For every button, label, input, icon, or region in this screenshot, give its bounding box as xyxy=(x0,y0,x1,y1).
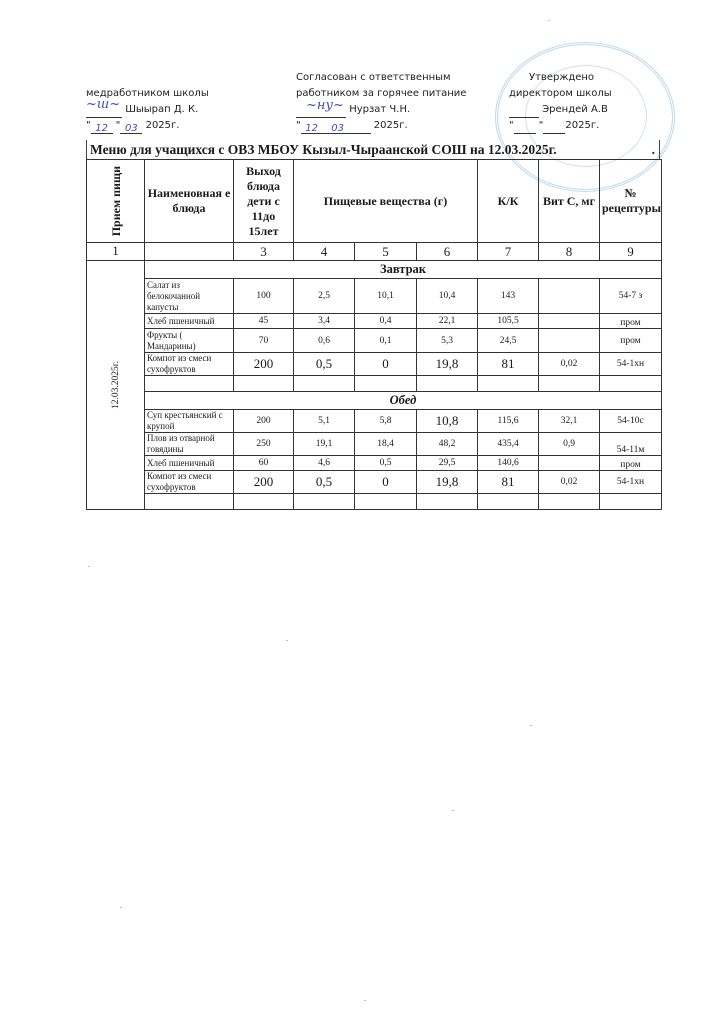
empty-cell xyxy=(234,494,294,510)
cell-fat: 0,1 xyxy=(355,329,417,353)
cell-vitamin-c: 0,02 xyxy=(539,353,600,376)
table-row: Фрукты ( Мандарины)700,60,15,324,5пром xyxy=(87,329,662,353)
cell-dish-name: Компот из смеси сухофруктов xyxy=(145,353,234,376)
header-kk: К/К xyxy=(478,160,539,243)
signature-medic: ~ш~ xyxy=(86,97,120,112)
header-dish: Наименовная е блюда xyxy=(145,160,234,243)
cell-dish-name: Компот из смеси сухофруктов xyxy=(145,471,234,494)
cell-kcal: 140,6 xyxy=(478,456,539,471)
cell-fat: 18,4 xyxy=(355,433,417,456)
cell-protein: 0,5 xyxy=(294,353,355,376)
section-row: 12.03.2025г.Завтрак xyxy=(87,261,662,279)
empty-cell xyxy=(600,494,662,510)
date-label: 12.03.2025г. xyxy=(111,361,121,409)
approval-medic-name: Шыырап Д. К. xyxy=(125,104,198,115)
approval-medic-year: 2025г. xyxy=(146,120,180,131)
cell-recipe-number: 54-10с xyxy=(600,410,662,433)
approval-director-year: 2025г. xyxy=(565,120,599,131)
empty-cell xyxy=(539,376,600,392)
cell-carbs: 19,8 xyxy=(417,471,478,494)
empty-cell xyxy=(355,494,417,510)
cell-dish-name: Плов из отварной говядины xyxy=(145,433,234,456)
cell-recipe-number: 54-1хн xyxy=(600,471,662,494)
cell-carbs: 19,8 xyxy=(417,353,478,376)
empty-cell xyxy=(478,494,539,510)
empty-cell xyxy=(417,376,478,392)
cell-protein: 19,1 xyxy=(294,433,355,456)
approval-hot-food-year: 2025г. xyxy=(374,120,408,131)
empty-cell xyxy=(145,494,234,510)
empty-cell xyxy=(145,376,234,392)
empty-cell xyxy=(600,376,662,392)
column-number-row: 1 3 4 5 6 7 8 9 xyxy=(87,243,662,261)
cell-fat: 0,5 xyxy=(355,456,417,471)
signature-line xyxy=(353,121,371,134)
cell-portion: 250 xyxy=(234,433,294,456)
cell-recipe-number: 54-7 з xyxy=(600,279,662,314)
approval-hot-food-heading: Согласован с ответственным xyxy=(296,70,466,86)
colnum xyxy=(145,243,234,261)
menu-table-body: 1 3 4 5 6 7 8 9 12.03.2025г.ЗавтракСалат… xyxy=(87,243,662,510)
cell-portion: 200 xyxy=(234,471,294,494)
cell-vitamin-c: 0,02 xyxy=(539,471,600,494)
cell-vitamin-c xyxy=(539,314,600,329)
empty-row xyxy=(87,376,662,392)
menu-title-text: Меню для учащихся с ОВЗ МБОУ Кызыл-Чыраа… xyxy=(90,142,557,157)
colnum: 5 xyxy=(355,243,417,261)
cell-portion: 100 xyxy=(234,279,294,314)
cell-fat: 5,8 xyxy=(355,410,417,433)
header-recipe: № рецептуры xyxy=(600,160,662,243)
cell-fat: 0 xyxy=(355,471,417,494)
header-vitc: Вит С, мг xyxy=(539,160,600,243)
empty-cell xyxy=(294,376,355,392)
cell-carbs: 10,8 xyxy=(417,410,478,433)
cell-kcal: 435,4 xyxy=(478,433,539,456)
cell-protein: 3,4 xyxy=(294,314,355,329)
cell-dish-name: Салат из белокочанной капусты xyxy=(145,279,234,314)
cell-vitamin-c xyxy=(539,329,600,353)
approval-director-role: директором школы xyxy=(509,86,612,102)
cell-carbs: 22,1 xyxy=(417,314,478,329)
section-title: Обед xyxy=(145,392,662,410)
signature-line xyxy=(509,105,539,118)
cell-recipe-number: пром xyxy=(600,329,662,353)
approval-hot-food-day: 12 xyxy=(301,121,323,134)
cell-portion: 60 xyxy=(234,456,294,471)
cell-recipe-number: пром xyxy=(600,456,662,471)
approval-medic-month: 03 xyxy=(120,121,142,134)
table-row: Хлеб пшеничный604,60,529,5140,6пром xyxy=(87,456,662,471)
approval-medic-day: 12 xyxy=(91,121,113,134)
cell-vitamin-c: 32,1 xyxy=(539,410,600,433)
colnum: 9 xyxy=(600,243,662,261)
empty-cell xyxy=(417,494,478,510)
header-portion: Выход блюда дети с 11до 15лет xyxy=(234,160,294,243)
table-row: Плов из отварной говядины25019,118,448,2… xyxy=(87,433,662,456)
table-row: Компот из смеси сухофруктов2000,5019,881… xyxy=(87,471,662,494)
menu-title-dot: . xyxy=(652,140,655,159)
cell-portion: 70 xyxy=(234,329,294,353)
colnum: 4 xyxy=(294,243,355,261)
cell-protein: 5,1 xyxy=(294,410,355,433)
cell-kcal: 115,6 xyxy=(478,410,539,433)
cell-vitamin-c xyxy=(539,279,600,314)
header-meal: Прием пищи xyxy=(87,160,145,243)
menu-table: Прием пищи Наименовная е блюда Выход блю… xyxy=(86,159,662,510)
cell-portion: 200 xyxy=(234,410,294,433)
cell-dish-name: Фрукты ( Мандарины) xyxy=(145,329,234,353)
cell-kcal: 105,5 xyxy=(478,314,539,329)
cell-vitamin-c xyxy=(539,456,600,471)
cell-dish-name: Хлеб пшеничный xyxy=(145,456,234,471)
cell-recipe-number: пром xyxy=(600,314,662,329)
empty-cell xyxy=(294,494,355,510)
approval-director-name: Эрендей А.В xyxy=(542,104,608,115)
table-row: Хлеб пшеничный453,40,422,1105,5пром xyxy=(87,314,662,329)
cell-recipe-number: 54-1хн xyxy=(600,353,662,376)
empty-cell xyxy=(539,494,600,510)
colnum: 6 xyxy=(417,243,478,261)
cell-carbs: 29,5 xyxy=(417,456,478,471)
table-row: Суп крестьянский с крупой2005,15,810,811… xyxy=(87,410,662,433)
cell-protein: 0,5 xyxy=(294,471,355,494)
empty-cell xyxy=(234,376,294,392)
table-row: Компот из смеси сухофруктов2000,5019,881… xyxy=(87,353,662,376)
cell-dish-name: Хлеб пшеничный xyxy=(145,314,234,329)
section-title: Завтрак xyxy=(145,261,662,279)
cell-carbs: 5,3 xyxy=(417,329,478,353)
cell-kcal: 81 xyxy=(478,353,539,376)
cell-carbs: 48,2 xyxy=(417,433,478,456)
cell-protein: 0,6 xyxy=(294,329,355,353)
approval-director: Утверждено директором школы Эрендей А.В … xyxy=(509,70,612,134)
colnum: 1 xyxy=(87,243,145,261)
signature-hot-food: ~ну~ xyxy=(306,98,344,113)
date-cell: 12.03.2025г. xyxy=(87,261,145,510)
cell-dish-name: Суп крестьянский с крупой xyxy=(145,410,234,433)
empty-cell xyxy=(478,376,539,392)
approval-director-month xyxy=(543,121,565,134)
approval-hot-food-month: 03 xyxy=(323,121,353,134)
section-row: Обед xyxy=(87,392,662,410)
colnum: 3 xyxy=(234,243,294,261)
approval-director-heading: Утверждено xyxy=(509,70,612,86)
approval-hot-food-name: Нурзат Ч.Н. xyxy=(349,104,410,115)
cell-fat: 0 xyxy=(355,353,417,376)
colnum: 7 xyxy=(478,243,539,261)
approval-director-day xyxy=(514,121,536,134)
cell-fat: 0,4 xyxy=(355,314,417,329)
header-nutrients: Пищевые вещества (г) xyxy=(294,160,478,243)
colnum: 8 xyxy=(539,243,600,261)
cell-protein: 2,5 xyxy=(294,279,355,314)
header-meal-text: Прием пищи xyxy=(109,166,123,236)
cell-fat: 10,1 xyxy=(355,279,417,314)
cell-portion: 200 xyxy=(234,353,294,376)
cell-recipe-number: 54-11м xyxy=(600,433,662,456)
table-row: Салат из белокочанной капусты1002,510,11… xyxy=(87,279,662,314)
menu-title: Меню для учащихся с ОВЗ МБОУ Кызыл-Чыраа… xyxy=(86,140,660,159)
cell-kcal: 143 xyxy=(478,279,539,314)
cell-kcal: 81 xyxy=(478,471,539,494)
cell-kcal: 24,5 xyxy=(478,329,539,353)
empty-row xyxy=(87,494,662,510)
cell-portion: 45 xyxy=(234,314,294,329)
empty-cell xyxy=(355,376,417,392)
cell-vitamin-c: 0,9 xyxy=(539,433,600,456)
cell-protein: 4,6 xyxy=(294,456,355,471)
header-row: Прием пищи Наименовная е блюда Выход блю… xyxy=(87,160,662,243)
cell-carbs: 10,4 xyxy=(417,279,478,314)
